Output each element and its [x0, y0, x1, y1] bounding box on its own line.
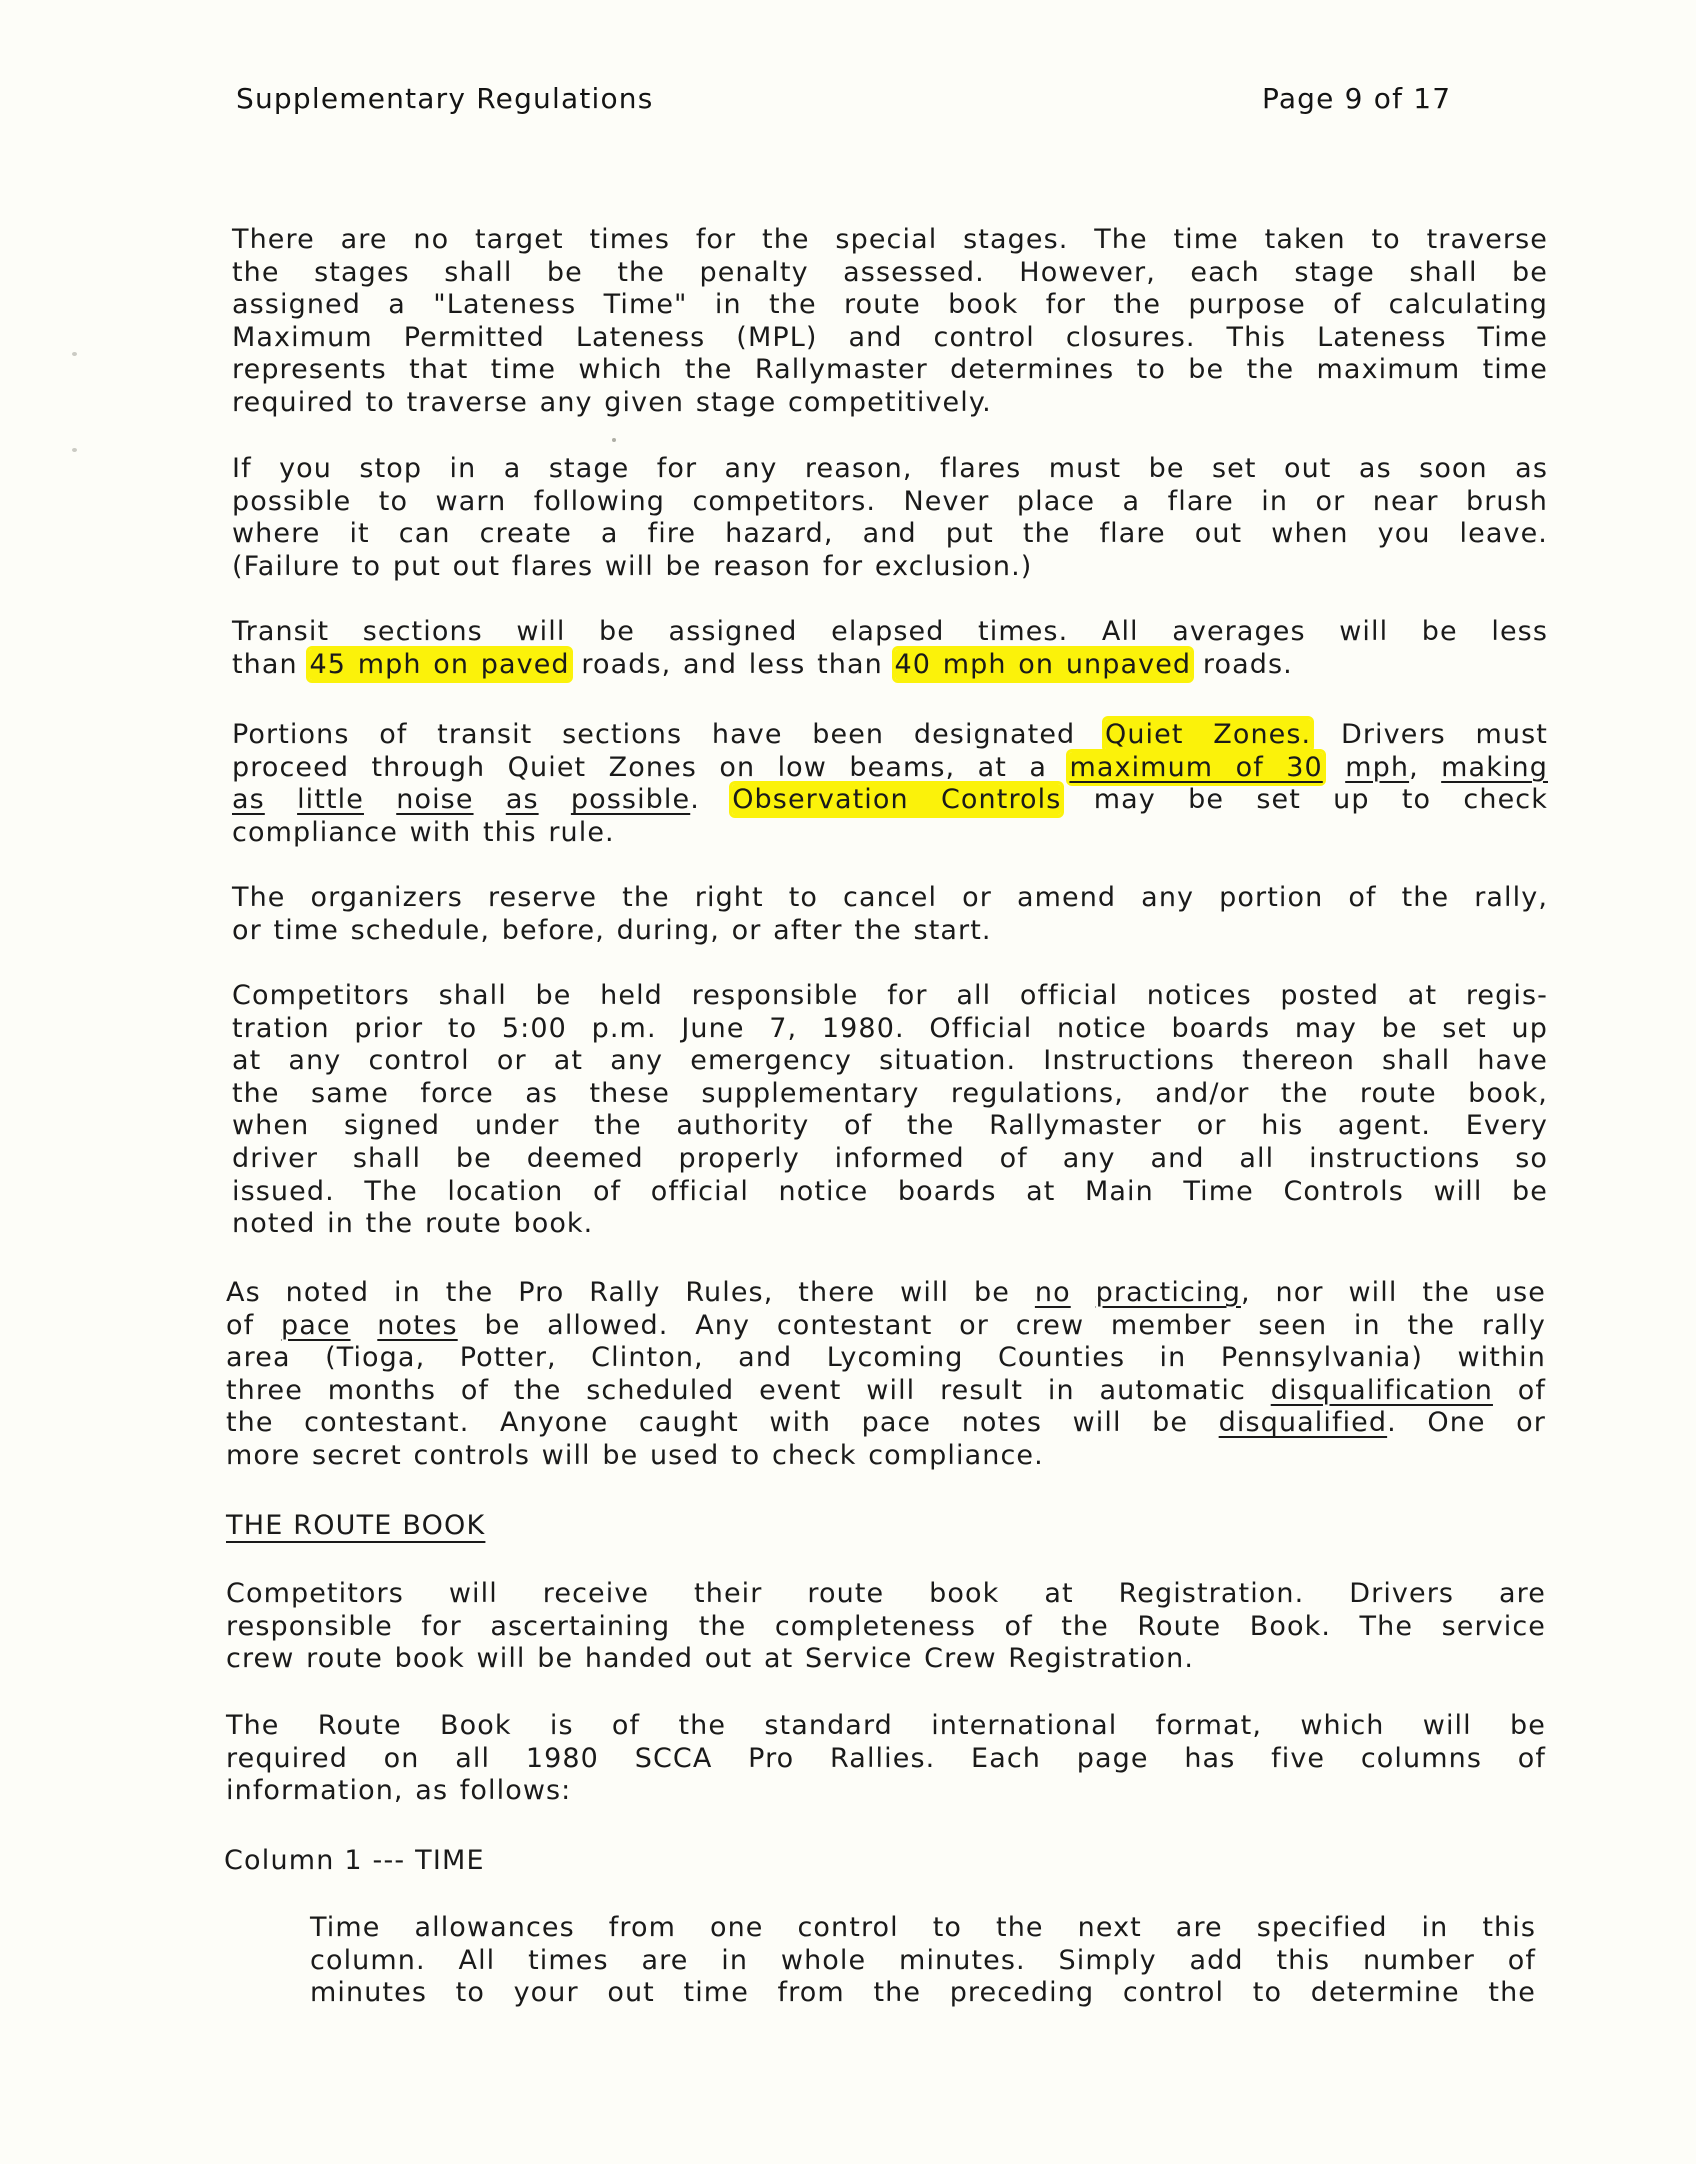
text-segment: of — [1493, 1375, 1546, 1406]
text-segment: roads, and less than — [570, 649, 895, 680]
scan-speck — [72, 448, 77, 452]
text-line: three months of the scheduled event will… — [226, 1375, 1546, 1408]
text-line: Competitors shall be held responsible fo… — [232, 980, 1548, 1013]
text-line: Portions of transit sections have been d… — [232, 719, 1548, 752]
scan-speck — [612, 438, 616, 442]
text-line: The Route Book is of the standard intern… — [226, 1710, 1546, 1743]
underlined-text: little — [297, 784, 364, 815]
text-line: area (Tioga, Potter, Clinton, and Lycomi… — [226, 1342, 1546, 1375]
text-segment: be allowed. Any contestant or crew membe… — [458, 1310, 1546, 1341]
text-segment — [539, 784, 571, 815]
paragraph-special-stages: There are no target times for the specia… — [232, 224, 1548, 420]
text-segment — [1071, 1277, 1096, 1308]
text-segment: proceed through Quiet Zones on low beams… — [232, 752, 978, 783]
underlined-text: possible — [571, 784, 690, 815]
text-segment — [265, 784, 297, 815]
text-line: as little noise as possible. Observation… — [232, 784, 1548, 817]
highlighted-text: 40 mph on unpaved — [895, 649, 1192, 680]
text-line: assigned a "Lateness Time" in the route … — [232, 289, 1548, 322]
text-line: Maximum Permitted Lateness (MPL) and con… — [232, 322, 1548, 355]
underlined-text: making — [1441, 752, 1548, 783]
text-segment: . One or — [1387, 1407, 1546, 1438]
text-line: crew route book will be handed out at Se… — [226, 1643, 1546, 1676]
text-line: proceed through Quiet Zones on low beams… — [232, 752, 1548, 785]
text-line: Time allowances from one control to the … — [310, 1912, 1536, 1945]
highlighted-text: maximum of 30 — [1069, 752, 1322, 783]
paragraph-official-notices: Competitors shall be held responsible fo… — [232, 980, 1548, 1241]
text-line: the same force as these supplementary re… — [232, 1078, 1548, 1111]
text-line: when signed under the authority of the R… — [232, 1110, 1548, 1143]
underlined-text: no — [1035, 1277, 1071, 1308]
document-page: Supplementary Regulations Page 9 of 17 T… — [0, 0, 1696, 2164]
paragraph-flares: If you stop in a stage for any reason, f… — [232, 453, 1548, 583]
underlined-text: disqualification — [1271, 1375, 1493, 1406]
text-segment: the contestant. Anyone caught with pace … — [226, 1407, 1219, 1438]
paragraph-organizers: The organizers reserve the right to canc… — [232, 882, 1548, 947]
text-line: tration prior to 5:00 p.m. June 7, 1980.… — [232, 1013, 1548, 1046]
text-segment — [474, 784, 506, 815]
page-number: Page 9 of 17 — [1262, 82, 1451, 115]
text-line: the stages shall be the penalty assessed… — [232, 257, 1548, 290]
text-line: driver shall be deemed properly informed… — [232, 1143, 1548, 1176]
underlined-text: disqualified — [1219, 1407, 1387, 1438]
text-segment: Drivers must — [1311, 719, 1548, 750]
text-segment: than — [232, 649, 309, 680]
text-segment: may be set up to check — [1061, 784, 1548, 815]
header-title: Supplementary Regulations — [236, 82, 654, 115]
text-line: the contestant. Anyone caught with pace … — [226, 1407, 1546, 1440]
paragraph-no-practicing: As noted in the Pro Rally Rules, there w… — [226, 1277, 1546, 1473]
text-line: than 45 mph on paved roads, and less tha… — [232, 649, 1548, 682]
text-line: at any control or at any emergency situa… — [232, 1045, 1548, 1078]
scan-speck — [72, 352, 77, 356]
highlighted-text: Observation Controls — [732, 784, 1061, 815]
text-segment: , — [1409, 752, 1441, 783]
column-1-heading: Column 1 --- TIME — [224, 1845, 485, 1876]
text-line: (Failure to put out flares will be reaso… — [232, 551, 1548, 584]
text-segment — [364, 784, 396, 815]
paragraph-transit-sections: Transit sections will be assigned elapse… — [232, 616, 1548, 681]
text-line: or time schedule, before, during, or aft… — [232, 915, 1548, 948]
text-line: column. All times are in whole minutes. … — [310, 1945, 1536, 1978]
text-line: responsible for ascertaining the complet… — [226, 1611, 1546, 1644]
paragraph-quiet-zones: Portions of transit sections have been d… — [232, 719, 1548, 849]
text-segment: , nor will the use — [1241, 1277, 1546, 1308]
text-line: If you stop in a stage for any reason, f… — [232, 453, 1548, 486]
text-segment — [1323, 752, 1345, 783]
underlined-text: mph — [1345, 752, 1409, 783]
text-line: more secret controls will be used to che… — [226, 1440, 1546, 1473]
text-line: issued. The location of official notice … — [232, 1176, 1548, 1209]
text-segment — [1047, 752, 1069, 783]
text-line: possible to warn following competitors. … — [232, 486, 1548, 519]
paragraph-time-allowances: Time allowances from one control to the … — [310, 1912, 1536, 2010]
text-line: of pace notes be allowed. Any contestant… — [226, 1310, 1546, 1343]
text-segment: three months of the scheduled event will… — [226, 1375, 1271, 1406]
text-segment — [351, 1310, 378, 1341]
text-segment: of — [226, 1310, 281, 1341]
underlined-text: noise — [396, 784, 473, 815]
text-line: The organizers reserve the right to canc… — [232, 882, 1548, 915]
text-segment: Portions of transit sections have been d… — [232, 719, 1105, 750]
text-line: required on all 1980 SCCA Pro Rallies. E… — [226, 1743, 1546, 1776]
underlined-text: as — [232, 784, 265, 815]
text-line: As noted in the Pro Rally Rules, there w… — [226, 1277, 1546, 1310]
text-line: where it can create a fire hazard, and p… — [232, 518, 1548, 551]
section-heading-route-book: THE ROUTE BOOK — [226, 1510, 485, 1541]
paragraph-receive-route-book: Competitors will receive their route boo… — [226, 1578, 1546, 1676]
text-line: minutes to your out time from the preced… — [310, 1977, 1536, 2010]
text-line: compliance with this rule. — [232, 817, 1548, 850]
text-line: Transit sections will be assigned elapse… — [232, 616, 1548, 649]
text-segment: roads. — [1191, 649, 1293, 680]
text-line: information, as follows: — [226, 1775, 1546, 1808]
text-line: represents that time which the Rallymast… — [232, 354, 1548, 387]
text-line: Competitors will receive their route boo… — [226, 1578, 1546, 1611]
underlined-text: practicing — [1096, 1277, 1241, 1308]
text-segment: . — [690, 784, 732, 815]
text-line: noted in the route book. — [232, 1208, 1548, 1241]
underlined-text: notes — [377, 1310, 457, 1341]
paragraph-route-book-format: The Route Book is of the standard intern… — [226, 1710, 1546, 1808]
underlined-text: at a — [978, 752, 1047, 783]
highlighted-text: 45 mph on paved — [309, 649, 569, 680]
underlined-text: pace — [281, 1310, 351, 1341]
highlighted-text: Quiet Zones. — [1105, 719, 1311, 750]
text-line: required to traverse any given stage com… — [232, 387, 1548, 420]
text-line: There are no target times for the specia… — [232, 224, 1548, 257]
text-segment: As noted in the Pro Rally Rules, there w… — [226, 1277, 1035, 1308]
underlined-text: as — [506, 784, 539, 815]
